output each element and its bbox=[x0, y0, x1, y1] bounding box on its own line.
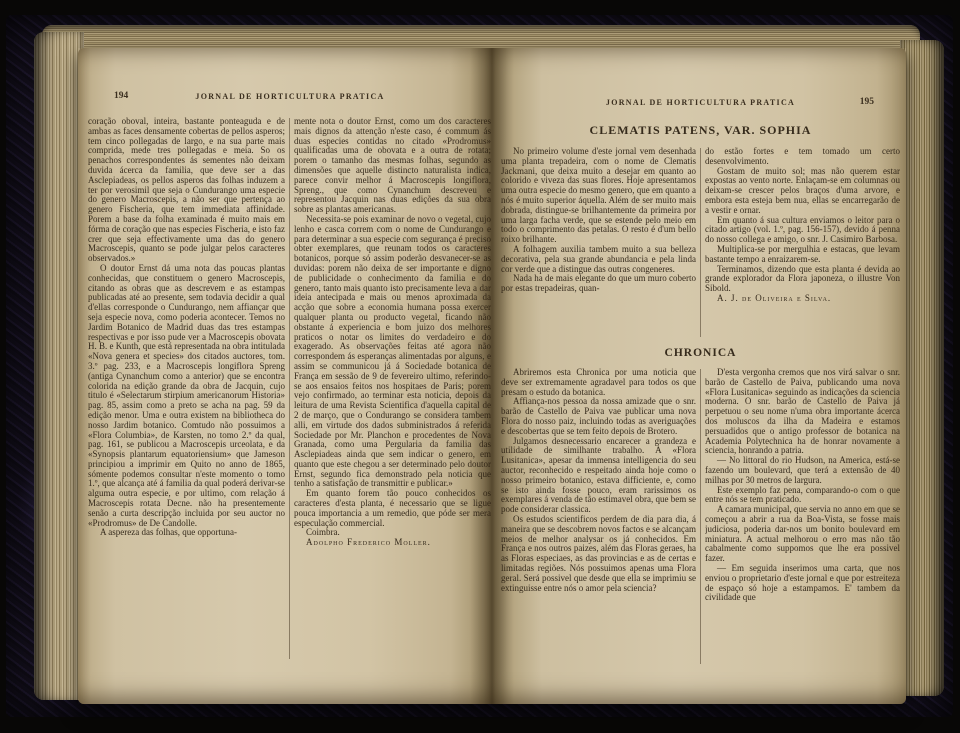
column-1: coração oboval, inteira, bastante pontea… bbox=[88, 117, 285, 659]
page-stack-left-edge bbox=[34, 32, 84, 700]
column-divider bbox=[289, 118, 290, 659]
book-photo: { "palette": { "background": "#080706", … bbox=[0, 0, 960, 733]
paragraph: Em quanto á sua cultura enviamos o leito… bbox=[705, 216, 900, 245]
column-divider bbox=[700, 148, 701, 337]
paragraph: Terminamos, dizendo que esta planta é de… bbox=[705, 265, 900, 294]
paragraph: Necessita-se pois examinar de novo o veg… bbox=[294, 215, 491, 489]
article1-column-2-paragraphs: do estão fortes e tem tomado um certo de… bbox=[705, 147, 900, 294]
article-heading-chronica: CHRONICA bbox=[501, 347, 900, 359]
article1-column-1: No primeiro volume d'este jornal vem des… bbox=[501, 147, 696, 337]
running-head-right: JORNAL DE HORTICULTURA PRATICA 195 bbox=[501, 98, 900, 111]
open-book-spread: 194 JORNAL DE HORTICULTURA PRATICA coraç… bbox=[78, 48, 906, 704]
text-columns-article1: No primeiro volume d'este jornal vem des… bbox=[501, 147, 900, 337]
paragraph: Em quanto forem tão pouco conhecidos os … bbox=[294, 489, 491, 528]
article1-column-2: do estão fortes e tem tomado um certo de… bbox=[705, 147, 900, 337]
page-left-content: 194 JORNAL DE HORTICULTURA PRATICA coraç… bbox=[88, 92, 492, 659]
column-2-paragraphs: mente nota o doutor Ernst, como um dos c… bbox=[294, 117, 491, 528]
page-stack-right-edge bbox=[900, 40, 944, 696]
paragraph: Abriremos esta Chronica por uma noticia … bbox=[501, 368, 696, 397]
paragraph: D'esta vergonha cremos que nos virá salv… bbox=[705, 368, 900, 456]
paragraph: — No littoral do rio Hudson, na America,… bbox=[705, 456, 900, 485]
paragraph: Nada ha de mais elegante do que um muro … bbox=[501, 274, 696, 294]
paragraph: coração oboval, inteira, bastante pontea… bbox=[88, 117, 285, 264]
article-heading-clematis: CLEMATIS PATENS, VAR. SOPHIA bbox=[501, 123, 900, 138]
running-title-left: JORNAL DE HORTICULTURA PRATICA bbox=[88, 92, 492, 101]
page-right-content: JORNAL DE HORTICULTURA PRATICA 195 CLEMA… bbox=[501, 98, 900, 664]
column-2: mente nota o doutor Ernst, como um dos c… bbox=[294, 117, 491, 659]
paragraph: — Em seguida inserimos uma carta, que no… bbox=[705, 564, 900, 603]
paragraph: Julgamos desnecessario encarecer a grand… bbox=[501, 437, 696, 515]
text-columns-left-page: coração oboval, inteira, bastante pontea… bbox=[88, 117, 492, 659]
paragraph: No primeiro volume d'este jornal vem des… bbox=[501, 147, 696, 245]
paragraph: Multiplica-se por mergulhia e estacas, q… bbox=[705, 245, 900, 265]
article2-column-1: Abriremos esta Chronica por uma noticia … bbox=[501, 368, 696, 664]
paragraph: Os estudos scientificos perdem de dia pa… bbox=[501, 515, 696, 593]
paragraph: Este exemplo faz pena, comparando-o com … bbox=[705, 486, 900, 506]
article2-column-2: D'esta vergonha cremos que nos virá salv… bbox=[705, 368, 900, 664]
page-left: 194 JORNAL DE HORTICULTURA PRATICA coraç… bbox=[78, 48, 492, 704]
paragraph: A aspereza das folhas, que opportuna- bbox=[88, 528, 285, 538]
paragraph: Affiança-nos pessoa da nossa amizade que… bbox=[501, 397, 696, 436]
paragraph: Gostam de muito sol; mas não querem esta… bbox=[705, 167, 900, 216]
page-right: JORNAL DE HORTICULTURA PRATICA 195 CLEMA… bbox=[492, 48, 906, 704]
text-columns-article2: Abriremos esta Chronica por uma noticia … bbox=[501, 368, 900, 664]
running-title-right: JORNAL DE HORTICULTURA PRATICA bbox=[501, 98, 900, 107]
paragraph: do estão fortes e tem tomado um certo de… bbox=[705, 147, 900, 167]
paragraph: O doutor Ernst dá uma nota das poucas pl… bbox=[88, 264, 285, 529]
running-head-left: 194 JORNAL DE HORTICULTURA PRATICA bbox=[88, 92, 492, 105]
paragraph: A camara municipal, que servia no anno e… bbox=[705, 505, 900, 564]
page-number-right: 195 bbox=[860, 97, 874, 107]
author-signature-2: A. J. de Oliveira e Silva. bbox=[705, 294, 900, 304]
column-divider bbox=[700, 369, 701, 664]
paragraph: mente nota o doutor Ernst, como um dos c… bbox=[294, 117, 491, 215]
author-signature: Adolpho Frederico Moller. bbox=[294, 538, 491, 548]
paragraph: A folhagem auxilia tambem muito a sua be… bbox=[501, 245, 696, 274]
